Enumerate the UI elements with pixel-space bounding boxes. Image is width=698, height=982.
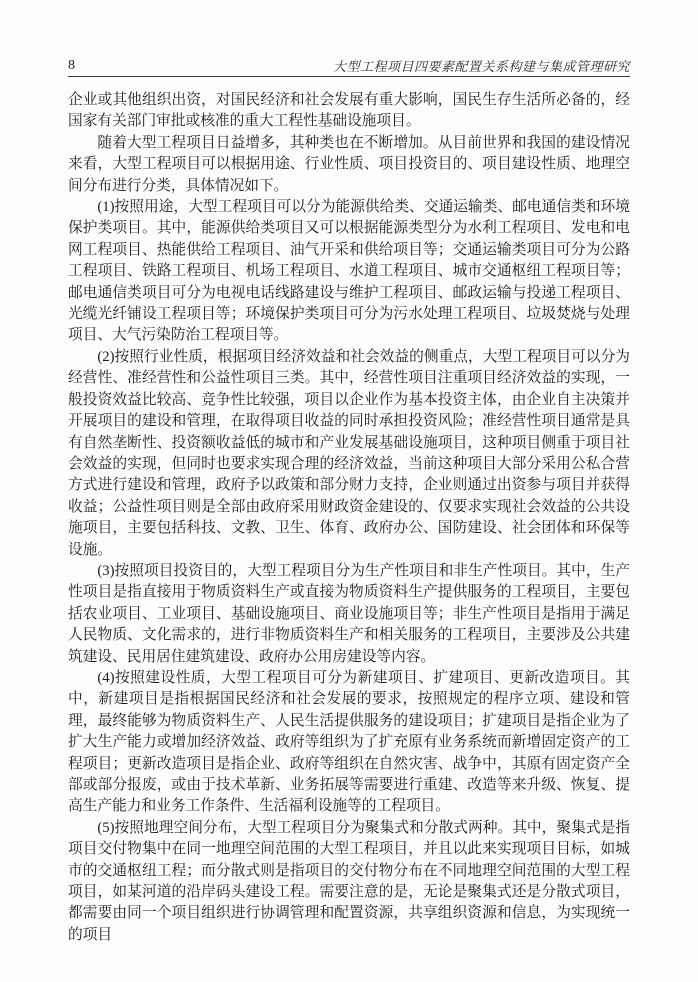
body-paragraph-intro: 随着大型工程项目日益增多，其种类也在不断增加。从目前世界和我国的建设情况来看，大… [68,133,630,197]
body-paragraph-item-1: (1)按照用途，大型工程项目可以分为能源供给类、交通运输类、邮电通信类和环境保护… [68,197,630,347]
page-body: 企业或其他组织出资，对国民经济和社会发展有重大影响，国民生存生活所必备的，经国家… [68,90,630,946]
body-paragraph-item-3: (3)按照项目投资目的，大型工程项目分为生产性项目和非生产性项目。其中，生产性项… [68,561,630,668]
body-paragraph-continuation: 企业或其他组织出资，对国民经济和社会发展有重大影响，国民生存生活所必备的，经国家… [68,90,630,133]
page-number: 8 [68,59,75,73]
document-page: 8 大型工程项目四要素配置关系构建与集成管理研究 企业或其他组织出资，对国民经济… [0,0,698,982]
body-paragraph-item-4: (4)按照建设性质，大型工程项目可分为新建项目、扩建项目、更新改造项目。其中，新… [68,668,630,818]
page-header: 8 大型工程项目四要素配置关系构建与集成管理研究 [68,56,630,77]
body-paragraph-item-5: (5)按照地理空间分布，大型工程项目分为聚集式和分散式两种。其中，聚集式是指项目… [68,818,630,946]
body-paragraph-item-2: (2)按照行业性质，根据项目经济效益和社会效益的侧重点，大型工程项目可以分为经营… [68,347,630,561]
running-title: 大型工程项目四要素配置关系构建与集成管理研究 [333,60,630,73]
